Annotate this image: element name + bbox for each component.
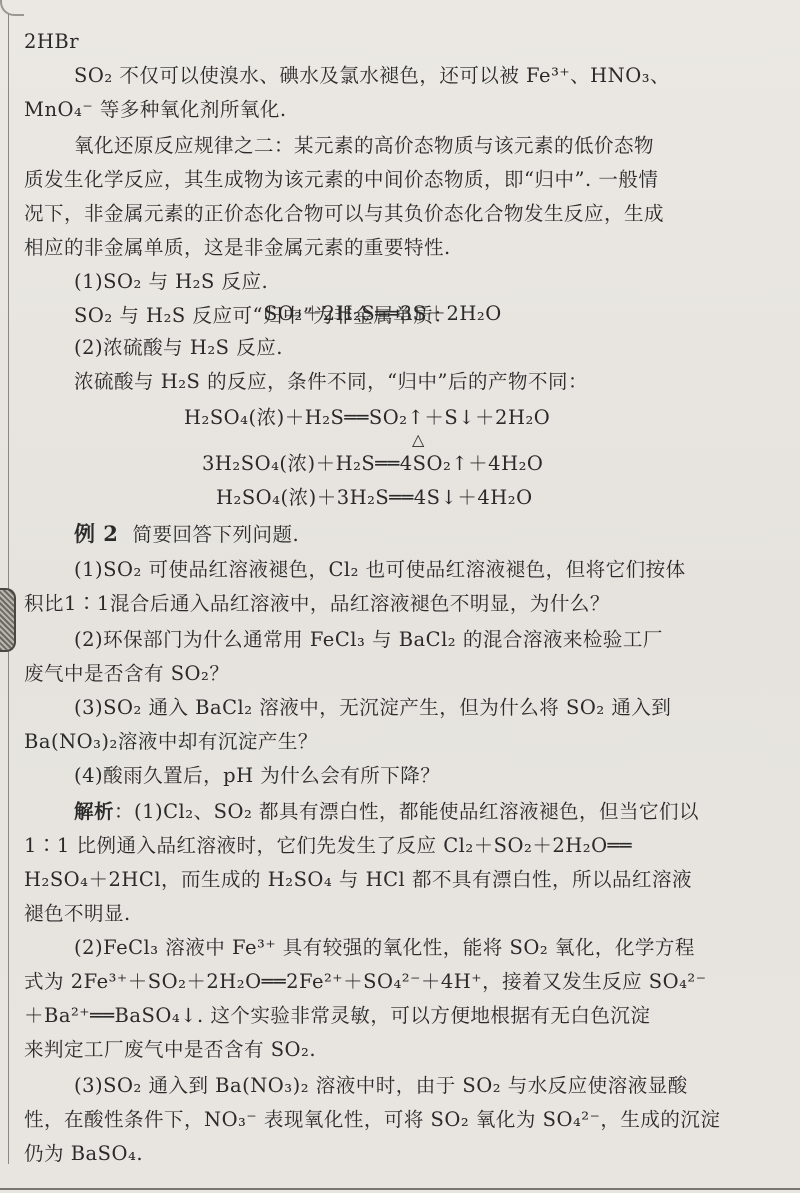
question-line: (1)SO₂ 可使品红溶液褪色，Cl₂ 也可使品红溶液褪色，但将它们按体 [74, 556, 686, 584]
question-line: (2)环保部门为什么通常用 FeCl₃ 与 BaCl₂ 的混合溶液来检验工厂 [74, 626, 663, 654]
analysis-line: 式为 2Fe³⁺＋SO₂＋2H₂O══2Fe²⁺＋SO₄²⁻＋4H⁺，接着又发生… [24, 968, 707, 996]
bottom-rule [0, 1188, 800, 1190]
analysis-line: (2)FeCl₃ 溶液中 Fe³⁺ 具有较强的氧化性，能将 SO₂ 氧化，化学方… [74, 934, 695, 962]
text-line: 相应的非金属单质，这是非金属元素的重要特性. [24, 234, 451, 262]
textbook-page: 2HBr SO₂ 不仅可以使溴水、碘水及氯水褪色，还可以被 Fe³⁺、HNO₃、… [0, 0, 800, 1193]
question-line: 废气中是否含有 SO₂？ [24, 660, 229, 688]
equation-4: H₂SO₄(浓)＋3H₂S══4S↓＋4H₂O [216, 484, 533, 512]
section-heading: (2)浓硫酸与 H₂S 反应. [74, 334, 283, 362]
example-heading: 例 2简要回答下列问题. [74, 520, 299, 549]
analysis-line: 来判定工厂废气中是否含有 SO₂. [24, 1036, 316, 1064]
analysis-line: 1∶1 比例通入品红溶液时，它们先发生了反应 Cl₂＋SO₂＋2H₂O══ [24, 832, 632, 860]
equation-3: 3H₂SO₄(浓)＋H₂S══4SO₂↑＋4H₂O [202, 450, 543, 478]
equation-1-text: SO₂＋2H₂S══3S＋2H₂O [264, 300, 502, 328]
text-line: 浓硫酸与 H₂S 的反应，条件不同，“归中”后的产物不同： [74, 368, 588, 396]
text-line: MnO₄⁻ 等多种氧化剂所氧化. [24, 96, 287, 124]
text-line: 氧化还原反应规律之二：某元素的高价态物质与该元素的低价态物 [74, 132, 654, 160]
analysis-line: 解析：(1)Cl₂、SO₂ 都具有漂白性，都能使品红溶液褪色，但当它们以 [74, 798, 699, 826]
question-line: 积比1∶1混合后通入品红溶液中，品红溶液褪色不明显，为什么？ [24, 590, 610, 618]
text-line: SO₂ 不仅可以使溴水、碘水及氯水褪色，还可以被 Fe³⁺、HNO₃、 [74, 62, 670, 90]
example-label: 例 2 [74, 521, 118, 546]
equation-2: H₂SO₄(浓)＋H₂S══SO₂↑＋S↓＋2H₂O [184, 404, 550, 432]
analysis-line: H₂SO₄＋2HCl，而生成的 H₂SO₄ 与 HCl 都不具有漂白性，所以品红… [24, 866, 692, 894]
analysis-text: ：(1)Cl₂、SO₂ 都具有漂白性，都能使品红溶液褪色，但当它们以 [114, 800, 699, 823]
analysis-line: 仍为 BaSO₄. [24, 1140, 143, 1168]
section-heading: (1)SO₂ 与 H₂S 反应. [74, 268, 268, 296]
heat-condition-symbol: △ [412, 432, 424, 448]
analysis-line: 褪色不明显. [24, 900, 131, 928]
chapter-tab-marker [0, 588, 16, 652]
example-prompt: 简要回答下列问题. [132, 523, 299, 546]
analysis-line: (3)SO₂ 通入到 Ba(NO₃)₂ 溶液中时，由于 SO₂ 与水反应使溶液显… [74, 1072, 688, 1100]
text-line: 况下，非金属元素的正价态化合物可以与其负价态化合物发生反应，生成 [24, 200, 664, 228]
question-line: (4)酸雨久置后，pH 为什么会有所下降？ [74, 762, 440, 790]
analysis-line: ＋Ba²⁺══BaSO₄↓. 这个实验非常灵敏，可以方便地根据有无白色沉淀 [24, 1002, 650, 1030]
page-corner-curl [0, 0, 24, 16]
question-line: (3)SO₂ 通入 BaCl₂ 溶液中，无沉淀产生，但为什么将 SO₂ 通入到 [74, 694, 671, 722]
text-line: 质发生化学反应，其生成物为该元素的中间价态物质，即“归中”. 一般情 [24, 166, 658, 194]
question-line: Ba(NO₃)₂溶液中却有沉淀产生？ [24, 728, 318, 756]
analysis-line: 性，在酸性条件下，NO₃⁻ 表现氧化性，可将 SO₂ 氧化为 SO₄²⁻，生成的… [24, 1106, 720, 1134]
analysis-label: 解析 [74, 800, 114, 823]
text-line: 2HBr [24, 28, 79, 56]
